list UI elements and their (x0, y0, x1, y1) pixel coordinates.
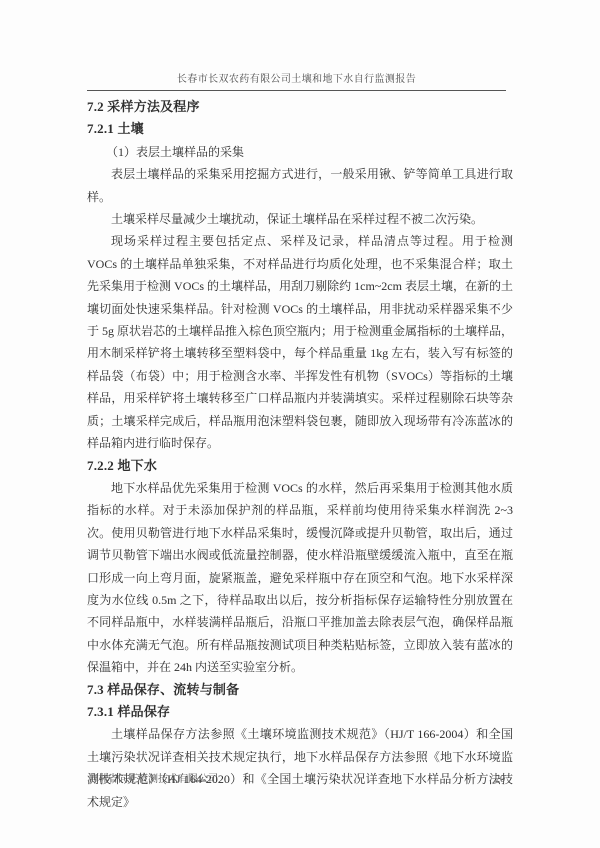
page-number: 20 (495, 774, 505, 785)
section-heading: 7.2 采样方法及程序 (87, 96, 513, 118)
page-footer: 吉林省同正检测技术有限公司 20 (88, 770, 505, 785)
page-header: 长春市长双农药有限公司土壤和地下水自行监测报告 (87, 70, 506, 91)
document-body: 7.2 采样方法及程序7.2.1 土壤（1）表层土壤样品的采集表层土壤样品的采集… (87, 96, 513, 813)
subsection-heading: 7.2.1 土壤 (87, 118, 513, 140)
paragraph: 土壤采样尽量减少土壤扰动，保证土壤样品在采样过程不被二次污染。 (87, 208, 513, 230)
section-heading: 7.3 样品保存、流转与制备 (87, 679, 513, 701)
footer-company: 吉林省同正检测技术有限公司 (88, 770, 218, 785)
paragraph: 现场采样过程主要包括定点、采样及记录，样品清点等过程。用于检测 VOCs 的土壤… (87, 230, 513, 454)
header-title: 长春市长双农药有限公司土壤和地下水自行监测报告 (87, 70, 506, 90)
paragraph: 地下水样品优先采集用于检测 VOCs 的水样，然后再采集用于检测其他水质指标的水… (87, 477, 513, 679)
subsection-heading: 7.3.1 样品保存 (87, 701, 513, 723)
subsection-heading: 7.2.2 地下水 (87, 455, 513, 477)
document-page: 长春市长双农药有限公司土壤和地下水自行监测报告 7.2 采样方法及程序7.2.1… (0, 0, 600, 848)
numbered-item: （1）表层土壤样品的采集 (87, 141, 513, 163)
header-rule (87, 90, 506, 91)
paragraph: 表层土壤样品的采集采用挖掘方式进行，一般采用锹、铲等简单工具进行取样。 (87, 163, 513, 208)
paragraph: 土壤样品保存方法参照《土壤环境监测技术规范》（HJ/T 166-2004）和全国… (87, 723, 513, 813)
